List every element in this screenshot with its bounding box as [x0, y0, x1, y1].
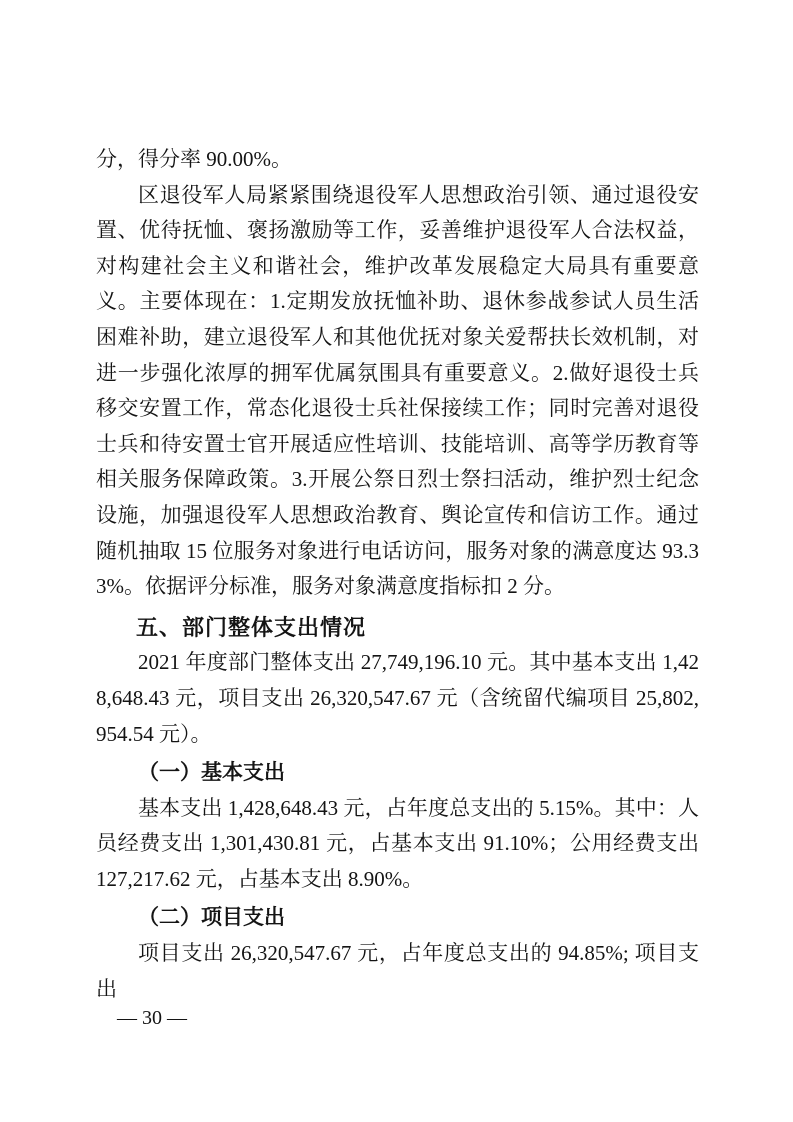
paragraph-score-continuation: 分，得分率 90.00%。	[96, 142, 699, 178]
page-content: 分，得分率 90.00%。 区退役军人局紧紧围绕退役军人思想政治引领、通过退役安…	[96, 142, 699, 1007]
subsection-heading-basic-expenditure: （一）基本支出	[96, 755, 699, 791]
page-number: — 30 —	[117, 1007, 187, 1029]
document-page: 分，得分率 90.00%。 区退役军人局紧紧围绕退役军人思想政治引领、通过退役安…	[0, 0, 793, 1122]
paragraph-basic-expenditure: 基本支出 1,428,648.43 元，占年度总支出的 5.15%。其中：人员经…	[96, 791, 699, 898]
section-heading-overall-expenditure: 五、部门整体支出情况	[96, 610, 699, 646]
paragraph-overall-expenditure: 2021 年度部门整体支出 27,749,196.10 元。其中基本支出 1,4…	[96, 645, 699, 752]
subsection-heading-project-expenditure: （二）项目支出	[96, 900, 699, 936]
paragraph-project-expenditure: 项目支出 26,320,547.67 元，占年度总支出的 94.85%; 项目支…	[96, 936, 699, 1007]
page-footer: — 30 —	[117, 1006, 187, 1030]
paragraph-veteran-bureau-overview: 区退役军人局紧紧围绕退役军人思想政治引领、通过退役安置、优待抚恤、褒扬激励等工作…	[96, 178, 699, 605]
